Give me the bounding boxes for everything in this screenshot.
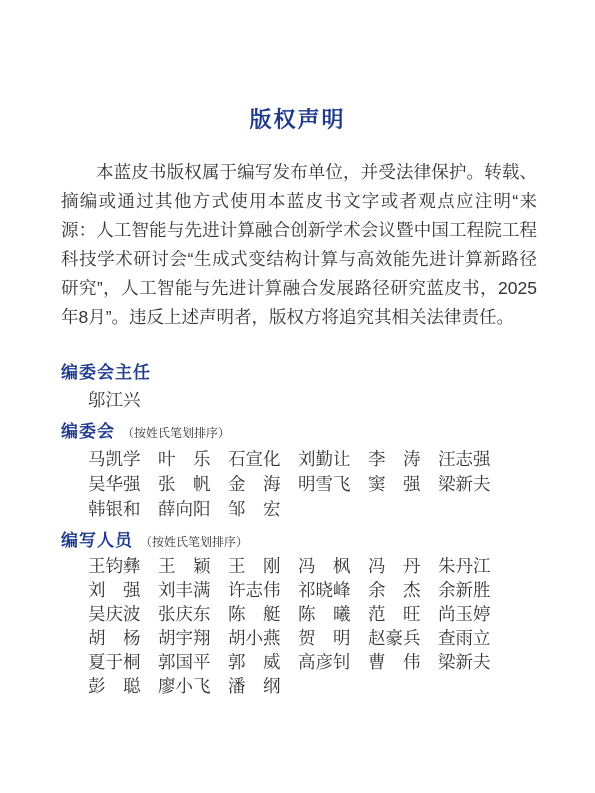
person-name: 金 海 <box>228 472 298 497</box>
sort-order-note: （按姓氏笔划排序） <box>122 421 230 445</box>
person-name: 高彦钊 <box>298 650 368 674</box>
person-name: 王 刚 <box>228 554 298 578</box>
person-name: 陈 曦 <box>298 602 368 626</box>
person-name: 汪志强 <box>438 447 508 472</box>
person-name: 胡 杨 <box>88 626 158 650</box>
person-name: 郭国平 <box>158 650 228 674</box>
person-name: 刘勤让 <box>298 447 368 472</box>
person-name: 廖小飞 <box>158 674 228 698</box>
authors-name-grid: 王钧彝王 颖王 刚冯 枫冯 丹朱丹江刘 强刘丰满许志伟祁晓峰余 杰余新胜吴庆波张… <box>61 554 555 698</box>
person-name: 夏于桐 <box>88 650 158 674</box>
person-name: 吴庆波 <box>88 602 158 626</box>
person-name: 潘 纲 <box>228 674 298 698</box>
person-name: 韩银和 <box>88 497 158 522</box>
committee-director-name: 邬江兴 <box>61 388 555 412</box>
committee-director-heading-row: 编委会主任 <box>61 361 555 385</box>
person-name: 彭 聪 <box>88 674 158 698</box>
person-name: 冯 枫 <box>298 554 368 578</box>
person-name: 胡小燕 <box>228 626 298 650</box>
person-name: 梁新夫 <box>438 472 508 497</box>
person-name: 吴华强 <box>88 472 158 497</box>
person-name: 胡宇翔 <box>158 626 228 650</box>
person-name: 查雨立 <box>438 626 508 650</box>
person-name: 贺 明 <box>298 626 368 650</box>
person-name: 刘 强 <box>88 578 158 602</box>
person-name: 窦 强 <box>368 472 438 497</box>
person-name: 余新胜 <box>438 578 508 602</box>
copyright-paragraph-line: 源：人工智能与先进计算融合创新学术会议暨中国工程院工程 <box>61 216 537 245</box>
sort-order-note: （按姓氏笔划排序） <box>140 530 248 554</box>
section-committee-director: 编委会主任 邬江兴 <box>61 361 555 412</box>
editorial-committee-heading-row: 编委会 （按姓氏笔划排序） <box>61 420 555 445</box>
person-name: 余 杰 <box>368 578 438 602</box>
person-name: 张 帆 <box>158 472 228 497</box>
person-name: 尚玉婷 <box>438 602 508 626</box>
person-name: 祁晓峰 <box>298 578 368 602</box>
committee-director-heading: 编委会主任 <box>61 361 151 385</box>
copyright-paragraph: 本蓝皮书版权属于编写发布单位，并受法律保护。转载、 摘编或通过其他方式使用本蓝皮… <box>61 158 537 332</box>
authors-heading-row: 编写人员 （按姓氏笔划排序） <box>61 529 555 554</box>
person-name: 许志伟 <box>228 578 298 602</box>
person-name: 邹 宏 <box>228 497 298 522</box>
person-name: 马凯学 <box>88 447 158 472</box>
section-authors: 编写人员 （按姓氏笔划排序） 王钧彝王 颖王 刚冯 枫冯 丹朱丹江刘 强刘丰满许… <box>61 529 555 698</box>
person-name: 王 颖 <box>158 554 228 578</box>
copyright-paragraph-line: 研究”，人工智能与先进计算融合发展路径研究蓝皮书，2025 <box>61 274 537 303</box>
person-name: 明雪飞 <box>298 472 368 497</box>
person-name: 石宣化 <box>228 447 298 472</box>
person-name: 范 旺 <box>368 602 438 626</box>
person-name: 曹 伟 <box>368 650 438 674</box>
editorial-committee-name-grid: 马凯学叶 乐石宣化刘勤让李 涛汪志强吴华强张 帆金 海明雪飞窦 强梁新夫韩银和薛… <box>61 447 555 522</box>
person-name: 王钧彝 <box>88 554 158 578</box>
editorial-committee-heading: 编委会 <box>61 420 115 444</box>
person-name: 赵豪兵 <box>368 626 438 650</box>
person-name: 陈 艇 <box>228 602 298 626</box>
copyright-paragraph-line: 摘编或通过其他方式使用本蓝皮书文字或者观点应注明“来 <box>61 187 537 216</box>
person-name: 冯 丹 <box>368 554 438 578</box>
person-name: 梁新夫 <box>438 650 508 674</box>
page-title: 版权声明 <box>0 104 595 135</box>
person-name: 李 涛 <box>368 447 438 472</box>
person-name: 薛向阳 <box>158 497 228 522</box>
copyright-paragraph-line: 科技学术研讨会“生成式变结构计算与高效能先进计算新路径 <box>61 245 537 274</box>
copyright-paragraph-line: 本蓝皮书版权属于编写发布单位，并受法律保护。转载、 <box>61 158 537 187</box>
person-name: 张庆东 <box>158 602 228 626</box>
copyright-paragraph-line: 年8月”。违反上述声明者，版权方将追究其相关法律责任。 <box>61 303 537 332</box>
section-editorial-committee: 编委会 （按姓氏笔划排序） 马凯学叶 乐石宣化刘勤让李 涛汪志强吴华强张 帆金 … <box>61 420 555 522</box>
document-page: 版权声明 本蓝皮书版权属于编写发布单位，并受法律保护。转载、 摘编或通过其他方式… <box>0 0 595 793</box>
person-name: 叶 乐 <box>158 447 228 472</box>
person-name: 郭 威 <box>228 650 298 674</box>
person-name: 朱丹江 <box>438 554 508 578</box>
person-name: 刘丰满 <box>158 578 228 602</box>
authors-heading: 编写人员 <box>61 529 133 553</box>
